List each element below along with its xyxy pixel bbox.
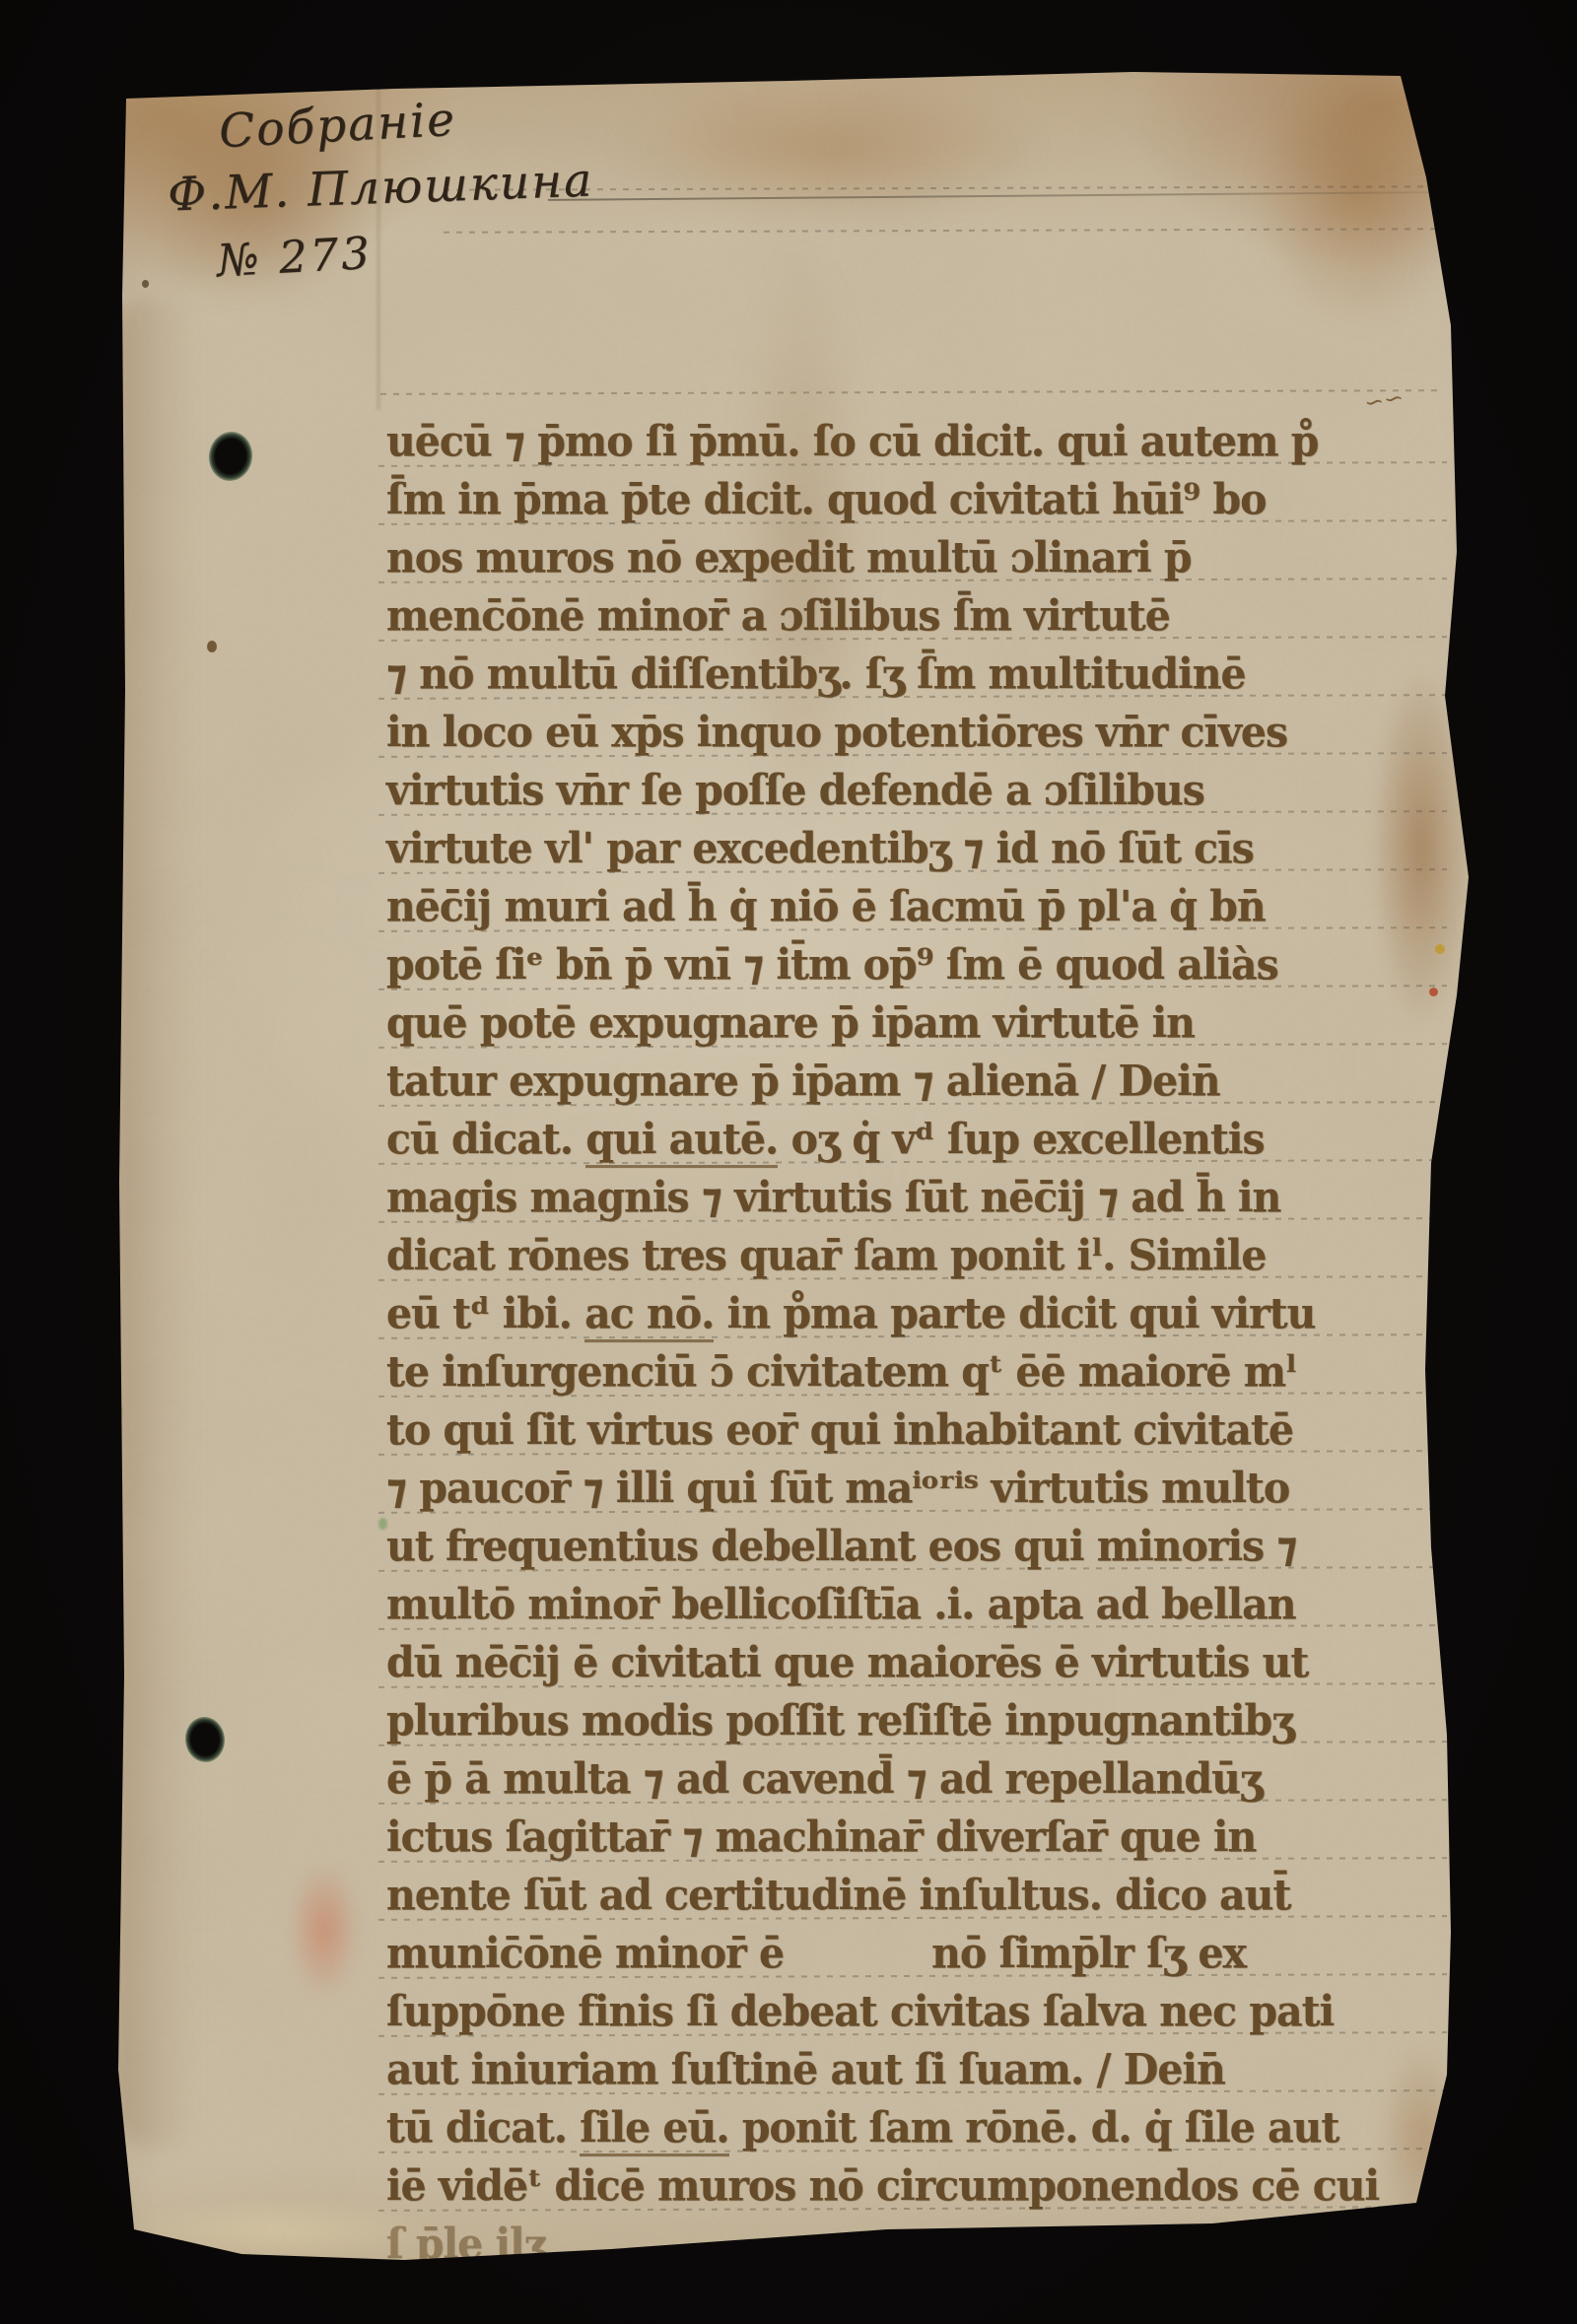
manuscript-text-line: nēc̄ij muri ad h̄ q̇ niō ē ſacmū p̄ pl'a… <box>386 882 1266 931</box>
stain <box>611 75 1045 223</box>
text-run: virtutis vn̄r ſe poſſe defendē a ɔſilibu… <box>386 766 1204 815</box>
stain <box>1252 63 1469 329</box>
text-run: dū nēc̄ij ē civitati que maiorēs ē virtu… <box>386 1638 1308 1687</box>
ruled-dotted-line <box>380 389 1443 395</box>
manuscript-text-line: cū dicat. qui autē. oʒ q̇ vᵈ ſup excelle… <box>386 1115 1265 1164</box>
underlined-lemma: ſile eū. <box>580 2103 728 2156</box>
photo-stage: Собраніе Ф.М. Плюшкина № 273 uēcū ⁊ p̄mo… <box>0 0 1577 2324</box>
text-run: in loco eū xp̄s inquo potentiōres vn̄r c… <box>386 708 1287 757</box>
text-run: uēcū ⁊ p̄mo ſi p̄mū. ſo cū dicit. qui au… <box>386 417 1318 466</box>
underlined-lemma: qui autē. <box>585 1115 778 1168</box>
manuscript-text-line: ſ p̄le ilʒ <box>386 2220 546 2269</box>
underlined-lemma: ac nō. <box>584 1289 714 1342</box>
manuscript-text-line: uēcū ⁊ p̄mo ſi p̄mū. ſo cū dicit. qui au… <box>386 417 1318 466</box>
inscription-rule-line <box>548 191 1433 201</box>
manuscript-text-line: to qui ſit virtus eor̄ qui inhabitant ci… <box>386 1405 1293 1455</box>
text-run: magis magnis ⁊ virtutis ſūt nēc̄ij ⁊ ad … <box>386 1173 1280 1222</box>
manuscript-text-line: ut frequentius debellant eos qui minoris… <box>386 1522 1296 1571</box>
text-run: munic̄ōnē minor̄ ē <box>386 1929 784 1978</box>
manuscript-text-line: tatur expugnare p̄ ip̄am ⁊ alienā / Dein… <box>386 1057 1220 1106</box>
stain <box>112 296 197 2149</box>
manuscript-text-line: iē vidēᵗ dicē muros nō circumponendos cē… <box>386 2161 1379 2211</box>
text-run: multō minor̄ bellicoſiſtīa .i. apta ad b… <box>386 1580 1296 1629</box>
manuscript-text-line: nente ſūt ad certitudinē inſultus. dico … <box>386 1871 1290 1920</box>
manuscript-text-line: menc̄ōnē minor̄ a ɔſilibus ſ̄m virtutē <box>386 591 1170 641</box>
text-run: cū dicat. <box>386 1115 585 1164</box>
text-run: oʒ q̇ vᵈ ſup excellentis <box>778 1115 1264 1164</box>
manuscript-text-line: in loco eū xp̄s inquo potentiōres vn̄r c… <box>386 708 1287 757</box>
manuscript-text-line: tū dicat. ſile eū. ponit ſam rōnē. d. q̇… <box>386 2103 1338 2153</box>
text-run: dicat rōnes tres quar̄ ſam ponit iˡ. Sim… <box>386 1231 1266 1280</box>
abbreviation-mark: ∽∽ <box>1362 383 1406 418</box>
text-run: aut iniuriam ſuſtinē aut ſi ſuam. / Dein… <box>386 2045 1225 2094</box>
text-run: nō ſimp̄lr ſʒ ex <box>931 1929 1246 1978</box>
red-smudge <box>288 1861 361 1999</box>
text-run: ſ̄m in p̄ma p̄te dicit. quod civitati hū… <box>386 475 1267 524</box>
inscription-number: № 273 <box>216 227 374 287</box>
text-run: tū dicat. <box>386 2103 580 2153</box>
manuscript-text-line: ⁊ nō multū diſſentibʒ. ſʒ ſ̄m multitudin… <box>386 649 1246 699</box>
ink-speck <box>207 641 217 652</box>
manuscript-text-line: munic̄ōnē minor̄ ēnō ſimp̄lr ſʒ ex <box>386 1929 1246 1978</box>
text-run: ſ p̄le ilʒ <box>386 2220 546 2269</box>
manuscript-text-line: aut iniuriam ſuſtinē aut ſi ſuam. / Dein… <box>386 2045 1225 2094</box>
text-run: ut frequentius debellant eos qui minoris… <box>386 1522 1296 1571</box>
stain <box>1378 2040 1469 2237</box>
text-run: quē potē expugnare p̄ ip̄am virtutē in <box>386 998 1195 1048</box>
text-run: ⁊ nō multū diſſentibʒ. ſʒ ſ̄m multitudin… <box>386 649 1246 699</box>
ink-speck <box>142 280 149 288</box>
manuscript-text-line: multō minor̄ bellicoſiſtīa .i. apta ad b… <box>386 1580 1296 1629</box>
manuscript-text-line: ſ̄m in p̄ma p̄te dicit. quod civitati hū… <box>386 475 1267 524</box>
text-run: ponit ſam rōnē. d. q̇ ſile aut <box>729 2103 1339 2153</box>
parchment-leaf: Собраніе Ф.М. Плюшкина № 273 uēcū ⁊ p̄mo… <box>0 0 1577 2324</box>
manuscript-text-line: virtutis vn̄r ſe poſſe defendē a ɔſilibu… <box>386 766 1204 815</box>
text-run: nente ſūt ad certitudinē inſultus. dico … <box>386 1871 1290 1920</box>
pigment-speck <box>1435 944 1445 954</box>
manuscript-text-line: te inſurgenciū ɔ̄ civitatem qᵗ ēē maiorē… <box>386 1347 1296 1397</box>
ruled-dotted-line <box>444 228 1449 234</box>
manuscript-text-line: ictus ſagittar̄ ⁊ machinar̄ diverſar̄ qu… <box>386 1812 1256 1862</box>
manuscript-text-line: pluribus modis poſſit reſiſtē inpugnanti… <box>386 1696 1293 1745</box>
text-run: nos muros nō expedit multū ɔlinari p̄ <box>386 533 1192 582</box>
text-run: to qui ſit virtus eor̄ qui inhabitant ci… <box>386 1405 1293 1455</box>
text-run: tatur expugnare p̄ ip̄am ⁊ alienā / Dein… <box>386 1057 1220 1106</box>
inscription-owner: Ф.М. Плюшкина <box>167 153 594 222</box>
text-run: menc̄ōnē minor̄ a ɔſilibus ſ̄m virtutē <box>386 591 1170 641</box>
green-fleck <box>110 1403 122 1419</box>
text-run: pluribus modis poſſit reſiſtē inpugnanti… <box>386 1696 1293 1745</box>
text-run: in p̊ma parte dicit qui virtu <box>714 1289 1315 1338</box>
inscription-collection: Собраніе <box>218 93 457 160</box>
text-run: eū tᵈ ibi. <box>386 1289 584 1338</box>
stain <box>1372 670 1471 1025</box>
sewing-hole <box>183 1715 228 1764</box>
manuscript-text-line: dicat rōnes tres quar̄ ſam ponit iˡ. Sim… <box>386 1231 1266 1280</box>
manuscript-text-line: ē p̄ ā multa ⁊ ad cavend̄ ⁊ ad repelland… <box>386 1754 1262 1804</box>
text-run: virtute vl' par excedentibʒ ⁊ id nō ſūt … <box>386 824 1254 873</box>
text-run: iē vidēᵗ dicē muros nō circumponendos cē… <box>386 2161 1379 2211</box>
manuscript-text-line: dū nēc̄ij ē civitati que maiorēs ē virtu… <box>386 1638 1308 1687</box>
text-run: nēc̄ij muri ad h̄ q̇ niō ē ſacmū p̄ pl'a… <box>386 882 1266 931</box>
manuscript-text-line: virtute vl' par excedentibʒ ⁊ id nō ſūt … <box>386 824 1254 873</box>
manuscript-text-line: potē ſiᵉ bn̄ p̄ vnī ⁊ it̄m op̄⁹ ſm ē quo… <box>386 940 1278 990</box>
text-run: ictus ſagittar̄ ⁊ machinar̄ diverſar̄ qu… <box>386 1812 1256 1862</box>
manuscript-text-line: ⁊ paucor̄ ⁊ illi qui ſūt maⁱᵒʳⁱˢ virtuti… <box>386 1464 1289 1513</box>
text-run: te inſurgenciū ɔ̄ civitatem qᵗ ēē maiorē… <box>386 1347 1296 1397</box>
text-run: ē p̄ ā multa ⁊ ad cavend̄ ⁊ ad repelland… <box>386 1754 1262 1804</box>
text-run: ſuppōne finis ſi debeat civitas ſalva ne… <box>386 1987 1334 2036</box>
manuscript-text-line: nos muros nō expedit multū ɔlinari p̄ <box>386 533 1192 582</box>
manuscript-text-line: quē potē expugnare p̄ ip̄am virtutē in <box>386 998 1195 1048</box>
text-run: ⁊ paucor̄ ⁊ illi qui ſūt maⁱᵒʳⁱˢ virtuti… <box>386 1464 1289 1513</box>
pigment-speck <box>1429 988 1438 996</box>
ruled-dotted-line <box>378 2264 1447 2270</box>
manuscript-text-line: ſuppōne finis ſi debeat civitas ſalva ne… <box>386 1987 1334 2036</box>
manuscript-text-line: eū tᵈ ibi. ac nō. in p̊ma parte dicit qu… <box>386 1289 1315 1338</box>
manuscript-text-line: magis magnis ⁊ virtutis ſūt nēc̄ij ⁊ ad … <box>386 1173 1280 1222</box>
text-run: potē ſiᵉ bn̄ p̄ vnī ⁊ it̄m op̄⁹ ſm ē quo… <box>386 940 1278 990</box>
sewing-hole <box>206 429 256 484</box>
